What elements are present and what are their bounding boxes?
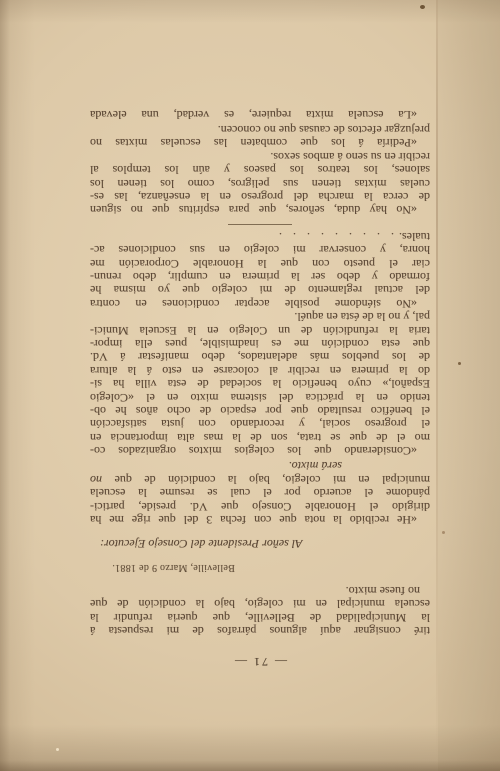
paper-speck [56, 748, 59, 751]
letter-paragraph-6: «La escuela mixta requiere, es verdad, u… [90, 107, 430, 120]
text-line: pal, y no la de ésta en aquél. [90, 310, 430, 323]
paper-speck [420, 5, 425, 9]
text-line: la Municipalidad de Belleville, que quer… [90, 610, 430, 623]
text-line: salones, los teatros los paseos y aún lo… [90, 163, 430, 176]
text-line: de los pueblos más adelantados, debo man… [90, 350, 430, 363]
text-line: honra, y conservar mi colegio en sus con… [90, 243, 430, 256]
letter-salutation: Al señor Presidente del Consejo Ejecutor… [90, 537, 430, 550]
text-line: escuela municipal en mi colegio, bajo la… [90, 597, 430, 610]
text-line: el benéfico resultado que por espacio de… [90, 404, 430, 417]
text-line: de cerca la marcha del progreso en la en… [90, 190, 430, 203]
paragraph-continuation: tiré consignar aquí algunos párrafos de … [90, 583, 430, 637]
letter-paragraph-3: «No siéndome posible aceptar condiciones… [90, 229, 430, 309]
paper-speck [458, 362, 461, 365]
letter-paragraph-5: «Pediría á los que combaten las escuelas… [90, 123, 430, 150]
text-line: municipal en mi colegio, bajo la condici… [90, 472, 430, 485]
text-line: «No hay duda, señores, que para espíritu… [90, 203, 430, 216]
text-line: recibir en su seno á ambos sexos. [90, 150, 430, 163]
section-divider-rule [228, 224, 292, 225]
letter-paragraph-4: «No hay duda, señores, que para espíritu… [90, 150, 430, 217]
text-segment: municipal en mi colegio, bajo la condici… [102, 473, 430, 486]
text-line: «Considerando que los colegios mixtos or… [90, 444, 430, 457]
text-line: el progreso social, y recordando con jus… [90, 417, 430, 430]
text-line: tenido en la práctica del sistema mixto … [90, 390, 430, 403]
text-line: Español,» cuyo beneficio la sociedad de … [90, 377, 430, 390]
letter-paragraph-2: «Considerando que los colegios mixtos or… [90, 310, 430, 457]
page-number: — 71 — [90, 655, 430, 669]
text-line: prejuzgar efectos de causas que no conoc… [90, 123, 430, 136]
text-line: no fuese mixto. [90, 583, 420, 596]
text-line: del actual reglamento de mi colegio que … [90, 283, 430, 296]
text-line: mo el de que se trata, son de la mas alt… [90, 430, 430, 443]
text-line: ciar el puesto con que la Honorable Corp… [90, 256, 430, 269]
text-line: formado y debo ser la primera en cumplir… [90, 270, 430, 283]
text-line: que esta condición me es inadmisible, pu… [90, 337, 430, 350]
page-rotation-wrapper: — 71 — tiré consignar aquí algunos párra… [0, 0, 500, 771]
text-line: do la primera en recibir al colocarse en… [90, 363, 430, 376]
text-line: «He recibido la nota que con fecha 3 del… [90, 513, 430, 526]
text-line: tuales.. . . . . . . . . [90, 229, 430, 242]
text-line: «No siéndome posible aceptar condiciones… [90, 296, 430, 309]
text-segment: tuales. [399, 230, 430, 243]
letter-dateline: Belleville, Marzo 9 de 1881. [90, 561, 430, 574]
text-line: pándome el acuerdo por el cual se resume… [90, 486, 430, 499]
text-line: taria la refundición de un Colegio en la… [90, 323, 430, 336]
scanned-book-page: — 71 — tiré consignar aquí algunos párra… [0, 0, 500, 771]
paper-speck [442, 531, 445, 534]
text-line: «Pediría á los que combaten las escuelas… [90, 136, 430, 149]
emphasized-line: será mixto. [90, 459, 342, 472]
text-line: tiré consignar aquí algunos párrafos de … [90, 624, 430, 637]
ellipsis-dots: . . . . . . . . . [277, 230, 394, 243]
letter-paragraph-1: «He recibido la nota que con fecha 3 del… [90, 459, 430, 526]
text-line: «La escuela mixta requiere, es verdad, u… [90, 107, 430, 120]
text-line: dirigido el Honorable Consejo que Vd. pr… [90, 499, 430, 512]
page-text-block: — 71 — tiré consignar aquí algunos párra… [90, 107, 430, 771]
text-line: cuelas mixtas tienen sus peligros, como … [90, 176, 430, 189]
page-edge-shadow [438, 0, 500, 771]
emphasized-text: no [90, 473, 102, 486]
